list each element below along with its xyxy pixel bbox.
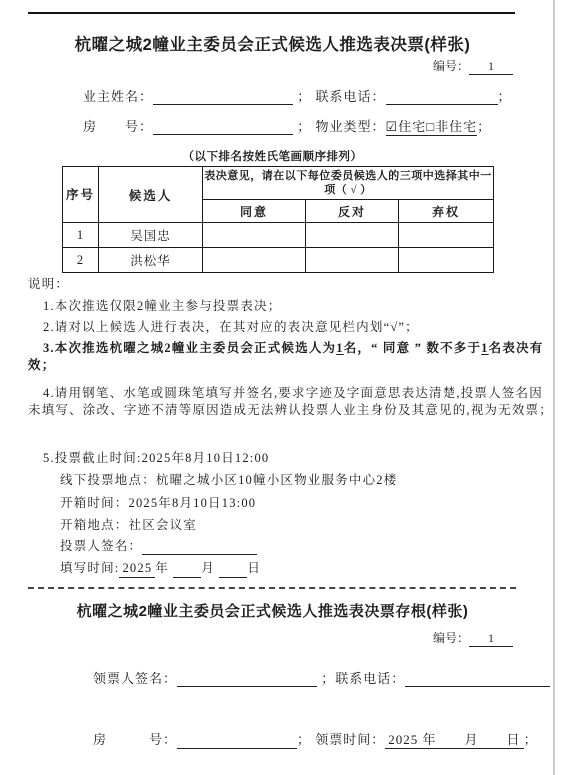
- checkbox-empty-icon: □: [426, 119, 435, 134]
- note-item-1: 1.本次推选仅限2幢业主参与投票表决；: [43, 298, 281, 315]
- note-item-3-text: 3.本次推选杭曜之城2幢业主委员会正式候选人为: [43, 341, 336, 355]
- header-seq: 序号: [63, 167, 99, 223]
- box-open-time: 开箱时间：2025年8月10日13:00: [60, 495, 256, 512]
- note-item-4: 4.请用钢笔、水笔或圆珠笔填写并签名,要求字迹及字面意思表达清楚,投票人签名因未…: [28, 385, 556, 419]
- separator-semicolon: ；: [297, 119, 311, 134]
- header-agree: 同意: [203, 200, 306, 223]
- year-char: 年: [155, 561, 169, 575]
- stub-number-value: 1: [469, 633, 513, 647]
- voter-signature-line: 投票人签名：: [60, 538, 257, 555]
- collect-time-label: 领票时间：: [315, 732, 385, 747]
- property-type-label: 物业类型：: [316, 119, 386, 134]
- offline-vote-location: 线下投票地点：杭曜之城小区10幢小区物业服务中心2楼: [60, 472, 397, 489]
- month-char: 月: [201, 561, 215, 575]
- ballot-number-value: 1: [469, 61, 513, 75]
- separator-semicolon: ；: [498, 89, 512, 104]
- room-number-line: 房 号： ； 物业类型：☑住宅□非住宅；: [83, 116, 491, 135]
- fill-time-month-field: [173, 562, 201, 578]
- table-header-row-1: 序号 候选人 表决意见，请在以下每位委员候选人的三项中选择其中一项（ √ ）: [63, 167, 494, 200]
- row-candidate-name: 吴国忠: [99, 223, 203, 248]
- oppose-cell: [306, 223, 399, 248]
- collect-time-value: 2025 年 月 日: [385, 729, 523, 749]
- voter-signature-label: 投票人签名：: [60, 539, 142, 553]
- note-item-5: 5.投票截止时间:2025年8月10日12:00: [43, 450, 269, 467]
- stub-phone-label: 联系电话：: [335, 671, 405, 686]
- checkbox-checked-icon: ☑: [386, 119, 399, 134]
- ballot-document-page: 杭曜之城2幢业主委员会正式候选人推选表决票(样张) 编号：1 业主姓名： ； 联…: [0, 0, 561, 775]
- agree-cell: [203, 223, 306, 248]
- collector-signature-line: 领票人签名： ；联系电话：: [93, 668, 550, 687]
- row-seq: 2: [63, 248, 99, 273]
- separator-semicolon: ；: [524, 732, 538, 747]
- candidate-vote-table: 序号 候选人 表决意见，请在以下每位委员候选人的三项中选择其中一项（ √ ） 同…: [62, 166, 494, 273]
- fill-time-label: 填写时间:: [60, 561, 119, 575]
- note-item-3: 3.本次推选杭曜之城2幢业主委员会正式候选人为1名，“ 同意 ” 数不多于1名表…: [28, 340, 556, 374]
- option-non-residence-label: 非住宅: [435, 119, 477, 134]
- voter-signature-field: [142, 539, 257, 555]
- header-oppose: 反对: [306, 200, 399, 223]
- row-candidate-name: 洪松华: [99, 248, 203, 273]
- option-residence-label: 住宅: [398, 119, 426, 134]
- day-char: 日: [247, 561, 261, 575]
- note-item-3-count-1: 1: [336, 341, 343, 355]
- stub-number-line: 编号：1: [433, 629, 513, 647]
- note-item-3-text: 名，“ 同意 ” 数不多于: [344, 341, 481, 355]
- note-item-2: 2.请对以上候选人进行表决，在其对应的表决意见栏内划“√”；: [43, 319, 419, 336]
- fill-time-line: 填写时间:2025年 月 日: [60, 560, 261, 578]
- header-candidate: 候选人: [99, 167, 203, 223]
- oppose-cell: [306, 248, 399, 273]
- separator-semicolon: ；: [321, 671, 335, 686]
- collector-signature-label: 领票人签名：: [93, 671, 177, 686]
- stub-room-label: 房 号：: [93, 732, 177, 747]
- phone-label: 联系电话：: [316, 89, 386, 104]
- stub-room-field: [177, 733, 297, 749]
- phone-field: [386, 89, 498, 105]
- fill-time-day-field: [219, 562, 247, 578]
- abstain-cell: [399, 248, 494, 273]
- header-abstain: 弃权: [399, 200, 494, 223]
- note-item-3-count-2: 1: [481, 341, 488, 355]
- sort-order-note: （以下排名按姓氏笔画顺序排列）: [0, 148, 545, 164]
- owner-name-line: 业主姓名： ； 联系电话：；: [83, 86, 512, 105]
- table-row: 1 吴国忠: [63, 223, 494, 248]
- owner-name-label: 业主姓名：: [83, 89, 153, 104]
- abstain-cell: [399, 223, 494, 248]
- header-opinion: 表决意见，请在以下每位委员候选人的三项中选择其中一项（ √ ）: [203, 167, 494, 200]
- stub-number-label: 编号：: [433, 631, 469, 645]
- room-field: [153, 119, 293, 135]
- owner-name-field: [153, 89, 293, 105]
- box-open-location: 开箱地点：社区会议室: [60, 517, 197, 534]
- stub-title: 杭曜之城2幢业主委员会正式候选人推选表决票存根(样张): [0, 600, 545, 621]
- fill-time-year-value: 2025: [119, 560, 155, 578]
- row-seq: 1: [63, 223, 99, 248]
- tear-off-dashed-line: [28, 587, 516, 589]
- room-label: 房 号：: [83, 119, 153, 134]
- separator-semicolon: ；: [297, 732, 311, 747]
- notes-heading: 说明：: [28, 276, 69, 293]
- ballot-number-label: 编号：: [433, 59, 469, 73]
- ballot-number-line: 编号：1: [433, 57, 513, 75]
- top-border-rule: [28, 12, 515, 14]
- separator-semicolon: ；: [297, 89, 311, 104]
- separator-semicolon: ；: [477, 119, 491, 134]
- property-type-value: ☑住宅□非住宅: [386, 119, 478, 136]
- collector-signature-field: [177, 671, 317, 687]
- agree-cell: [203, 248, 306, 273]
- ballot-title: 杭曜之城2幢业主委员会正式候选人推选表决票(样张): [0, 31, 545, 55]
- stub-phone-field: [405, 671, 550, 687]
- stub-room-line: 房 号：； 领票时间：2025 年 月 日；: [93, 729, 538, 749]
- table-row: 2 洪松华: [63, 248, 494, 273]
